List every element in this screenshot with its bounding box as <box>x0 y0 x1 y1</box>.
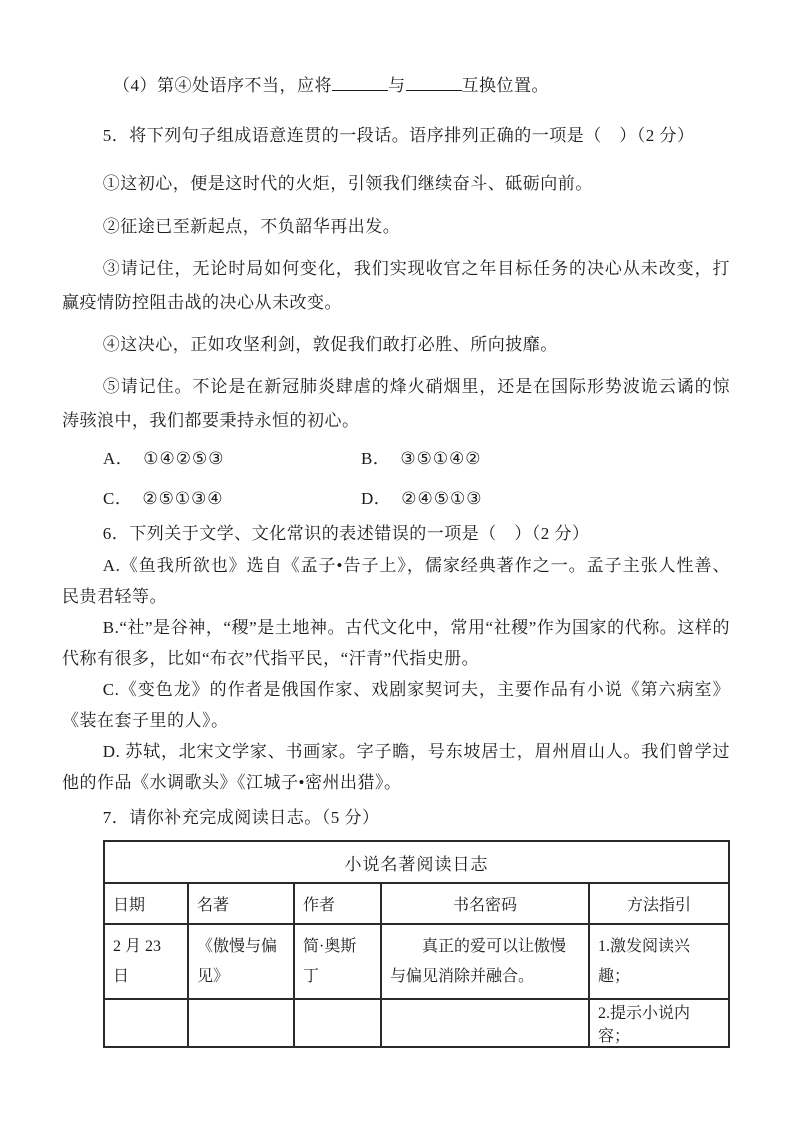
q5-option-d-value: ②④⑤①③ <box>401 489 482 508</box>
q5-sentence-2: ②征途已至新起点，不负韶华再出发。 <box>62 210 730 244</box>
q5-sentence-3: ③请记住，无论时局如何变化，我们实现收官之年目标任务的决心从未改变，打赢疫情防控… <box>62 252 730 320</box>
table-row: 2 月 23 日 《傲慢与偏见》 简·奥斯丁 真正的爱可以让傲慢与偏见消除并融合… <box>104 924 729 999</box>
q7-stem: 7．请你补充完成阅读日志。（5 分） <box>62 802 730 834</box>
q5-option-d: D．②④⑤①③ <box>361 482 619 516</box>
cell-book-empty <box>188 999 294 1047</box>
cell-password: 真正的爱可以让傲慢与偏见消除并融合。 <box>381 924 589 999</box>
header-password: 书名密码 <box>381 883 589 924</box>
table-header-row: 日期 名著 作者 书名密码 方法指引 <box>104 883 729 924</box>
header-book: 名著 <box>188 883 294 924</box>
table-title: 小说名著阅读日志 <box>104 841 729 883</box>
blank-underline-2 <box>406 74 462 91</box>
q5-option-a-label: A． <box>103 449 133 468</box>
cell-author: 简·奥斯丁 <box>294 924 381 999</box>
q5-options-row-1: A．①④②⑤③ B．③⑤①④② <box>62 442 730 476</box>
table-row: 2.提示小说内容； <box>104 999 729 1047</box>
q5-option-c-value: ②⑤①③④ <box>142 489 223 508</box>
q5-option-a-value: ①④②⑤③ <box>143 449 224 468</box>
cell-author-empty <box>294 999 381 1047</box>
header-date: 日期 <box>104 883 188 924</box>
blank-underline-1 <box>332 74 388 91</box>
q5-sentence-1: ①这初心，便是这时代的火炬，引领我们继续奋斗、砥砺向前。 <box>62 167 730 201</box>
q5-sentence-5: ⑤请记住。不论是在新冠肺炎肆虐的烽火硝烟里，还是在国际形势波诡云谲的惊涛骇浪中，… <box>62 370 730 438</box>
header-author: 作者 <box>294 883 381 924</box>
cell-method-1: 1.激发阅读兴趣； <box>589 924 729 999</box>
q5-options-row-2: C．②⑤①③④ D．②④⑤①③ <box>62 482 730 516</box>
exam-content: （4）第④处语序不当，应将与互换位置。 5．将下列句子组成语意连贯的一段话。语序… <box>0 0 793 1048</box>
q5-stem: 5．将下列句子组成语意连贯的一段话。语序排列正确的一项是（ ）（2 分） <box>62 119 730 153</box>
q4-fill-blank-line: （4）第④处语序不当，应将与互换位置。 <box>62 69 730 103</box>
reading-log-table: 小说名著阅读日志 日期 名著 作者 书名密码 方法指引 2 月 23 日 《傲慢… <box>103 840 730 1048</box>
q4-text-mid: 与 <box>388 76 406 95</box>
q5-option-b-value: ③⑤①④② <box>400 449 481 468</box>
table-title-row: 小说名著阅读日志 <box>104 841 729 883</box>
q5-option-b-label: B． <box>361 449 390 468</box>
q6-option-d: D. 苏轼，北宋文学家、书画家。字子瞻，号东坡居士，眉州眉山人。我们曾学过他的作… <box>62 736 730 798</box>
cell-password-empty <box>381 999 589 1047</box>
q5-option-c-label: C． <box>103 489 132 508</box>
q5-option-c: C．②⑤①③④ <box>103 482 361 516</box>
cell-method-2: 2.提示小说内容； <box>589 999 729 1047</box>
cell-date: 2 月 23 日 <box>104 924 188 999</box>
cell-book: 《傲慢与偏见》 <box>188 924 294 999</box>
q5-option-b: B．③⑤①④② <box>361 442 619 476</box>
q6-option-b: B.“社”是谷神，“稷”是土地神。古代文化中，常用“社稷”作为国家的代称。这样的… <box>62 612 730 674</box>
q6-option-a: A.《鱼我所欲也》选自《孟子•告子上》，儒家经典著作之一。孟子主张人性善、民贵君… <box>62 550 730 612</box>
q5-option-a: A．①④②⑤③ <box>103 442 361 476</box>
cell-date-empty <box>104 999 188 1047</box>
q5-sentence-4: ④这决心，正如攻坚利剑，敦促我们敢打必胜、所向披靡。 <box>62 328 730 362</box>
q6-stem: 6．下列关于文学、文化常识的表述错误的一项是（ ）（2 分） <box>62 518 730 550</box>
document-page: （4）第④处语序不当，应将与互换位置。 5．将下列句子组成语意连贯的一段话。语序… <box>0 0 793 1122</box>
q6-option-c: C.《变色龙》的作者是俄国作家、戏剧家契诃夫，主要作品有小说《第六病室》《装在套… <box>62 674 730 736</box>
q5-option-d-label: D． <box>361 489 391 508</box>
q4-text-after: 互换位置。 <box>462 76 550 95</box>
header-method: 方法指引 <box>589 883 729 924</box>
q4-text-before: （4）第④处语序不当，应将 <box>113 76 332 95</box>
